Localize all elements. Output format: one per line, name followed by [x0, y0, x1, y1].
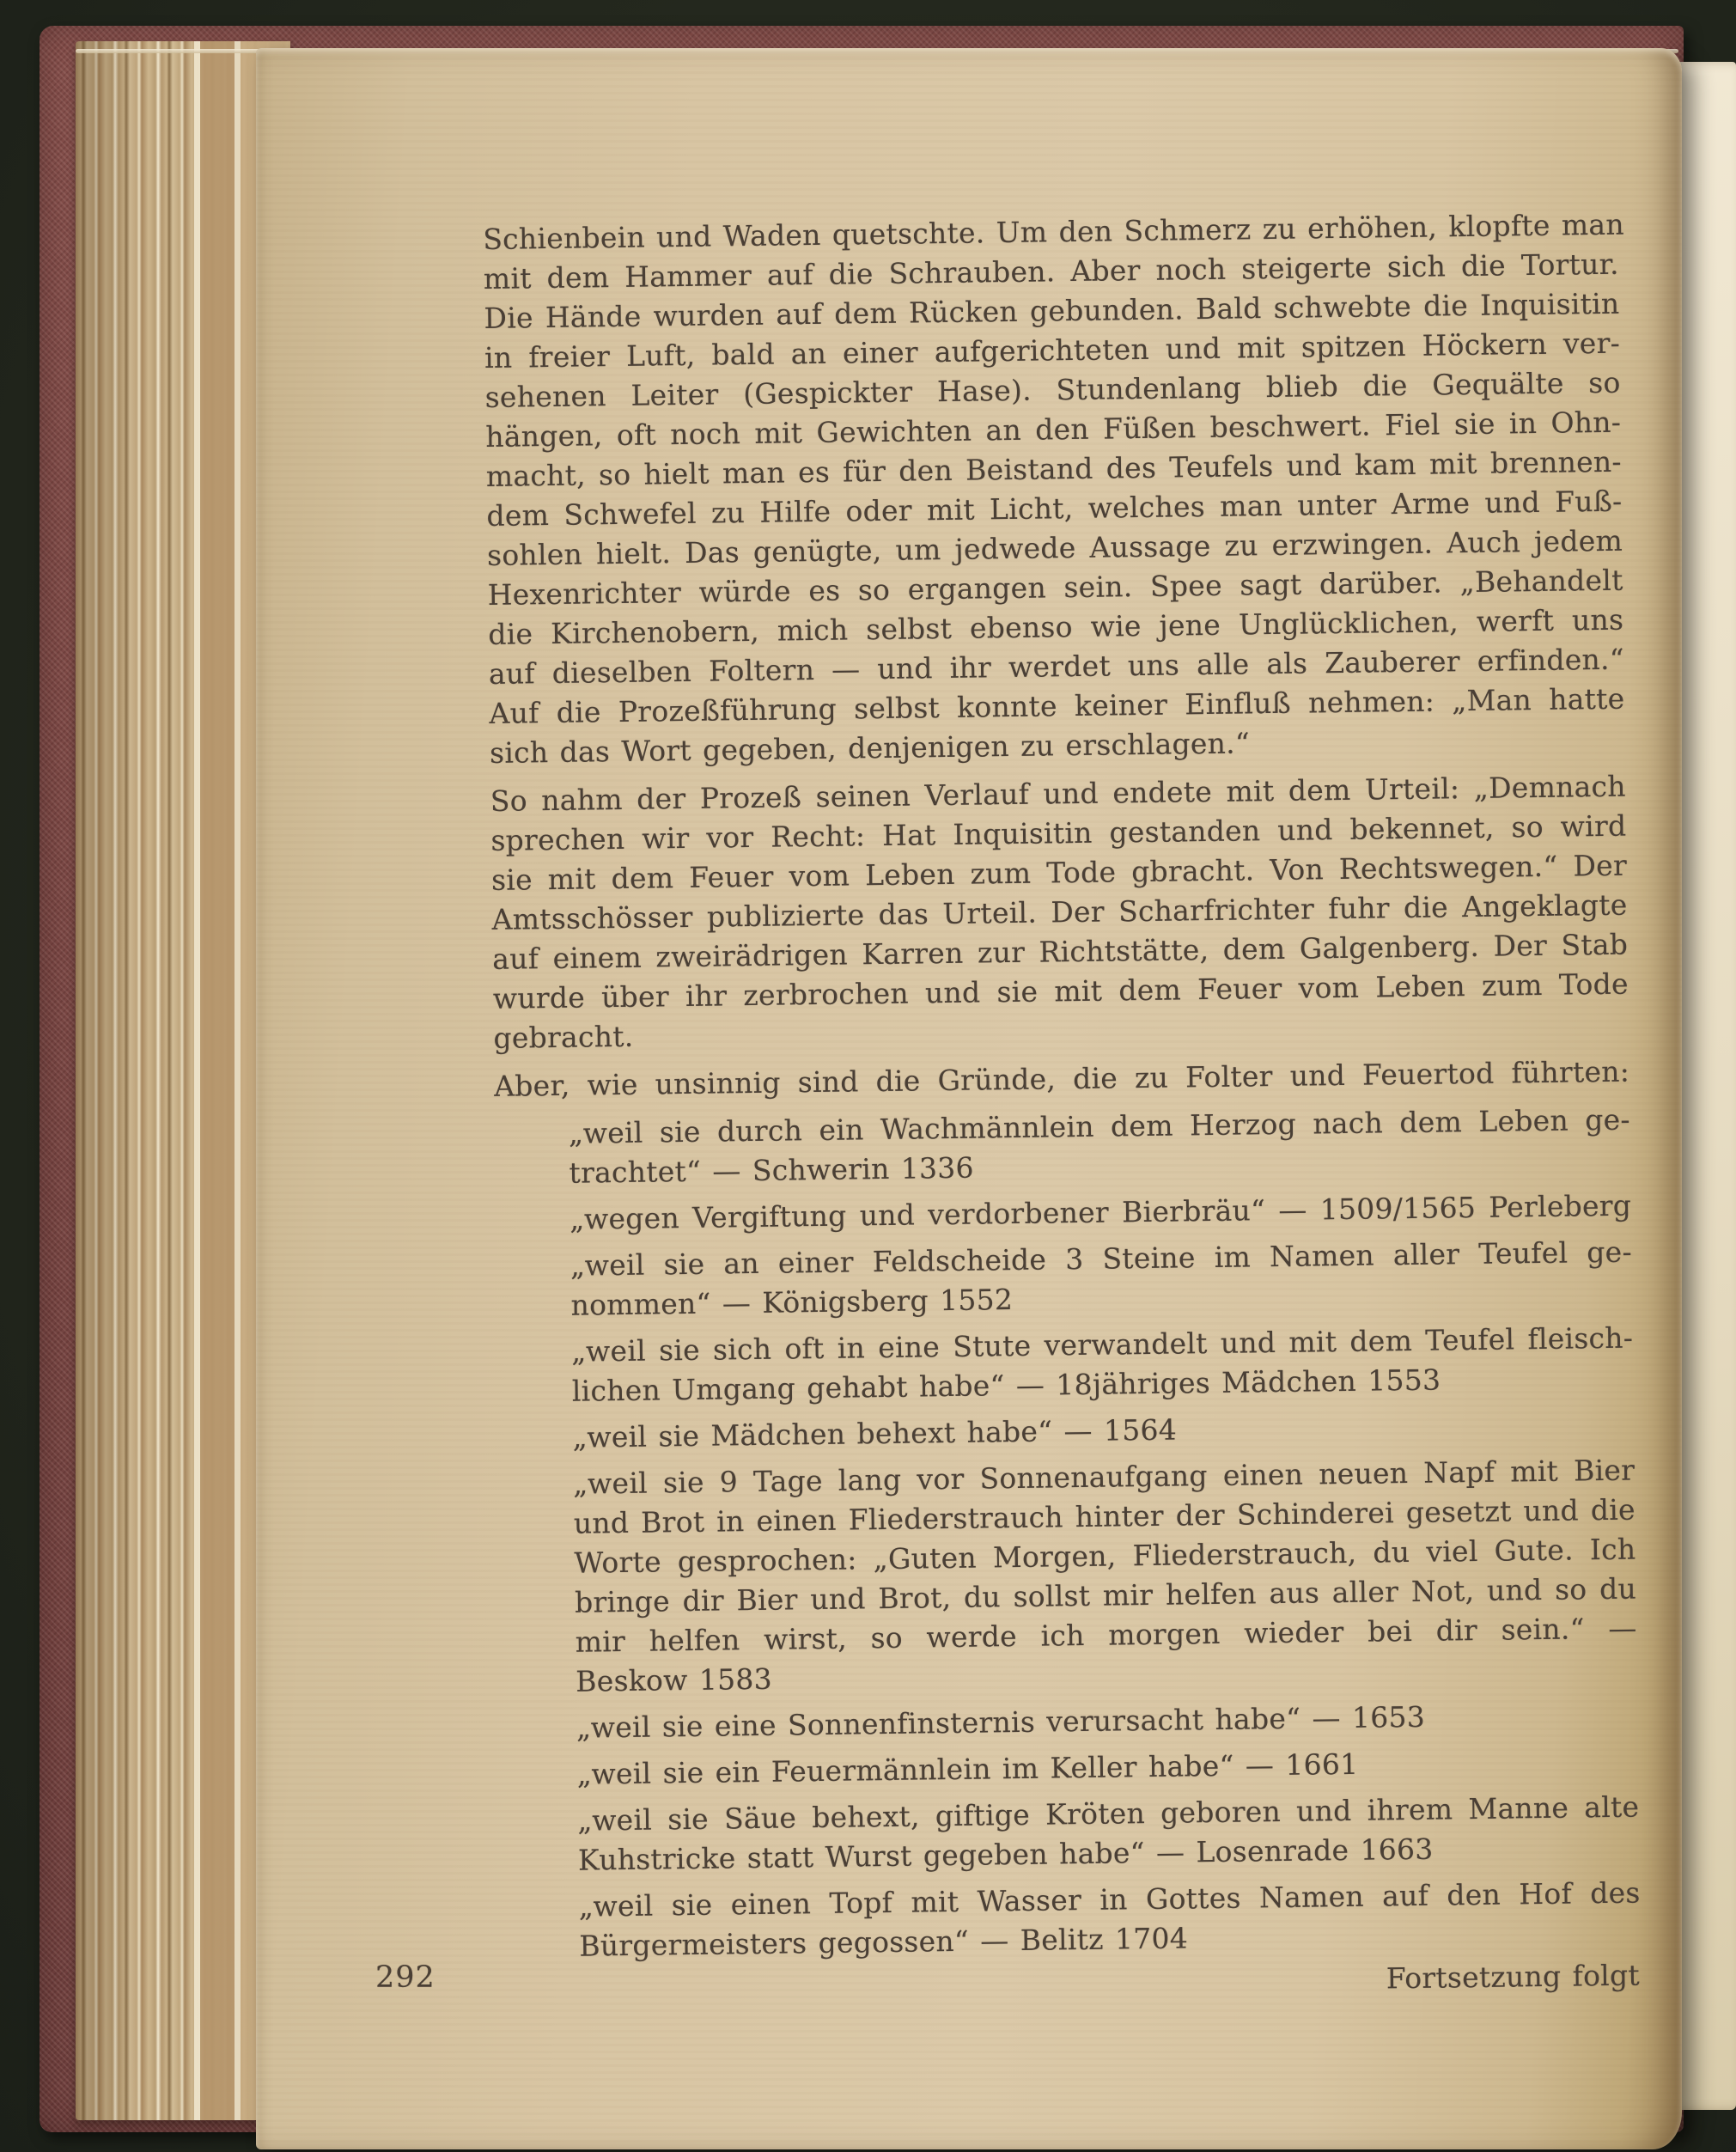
photo-backdrop: Schienbein und Waden quetschte. Um den S… [0, 0, 1736, 2152]
underlying-page-edge [1673, 62, 1736, 2110]
reason-item: „weil sie ein Feuermännlein im Keller ha… [503, 1741, 1638, 1795]
reason-item: „weil sie Säue behext, giftige Kröten ge… [503, 1788, 1640, 1881]
reason-item: „weil sie 9 Tage lang vor Sonnenaufgang … [499, 1451, 1637, 1703]
reason-item: „weil sie einen Topf mit Wasser in Gotte… [504, 1874, 1641, 1967]
reason-item: „weil sie durch ein Wachmännlein dem Her… [495, 1100, 1631, 1194]
page-text: Schienbein und Waden quetschte. Um den S… [483, 205, 1642, 2010]
reason-item: „weil sie an einer Feldscheide 3 Steine … [496, 1233, 1633, 1326]
reason-item: „weil sie sich oft in eine Stute verwand… [497, 1319, 1634, 1412]
reason-item: „wegen Vergiftung und verdorbener Bierbr… [496, 1186, 1631, 1241]
book-page: Schienbein und Waden quetschte. Um den S… [256, 48, 1682, 2149]
text-line: „weil sie ein Feuermännlein im Keller ha… [576, 1741, 1638, 1795]
text-line: „wegen Vergiftung und verdorbener Bierbr… [570, 1186, 1631, 1240]
text-line: „weil sie eine Sonnenfinsternis verursac… [576, 1695, 1638, 1748]
page-number: 292 [375, 1960, 436, 1995]
text-line: „weil sie Mädchen behext habe“ — 1564 [572, 1405, 1634, 1458]
paragraph: Schienbein und Waden quetschte. Um den S… [483, 205, 1625, 773]
paragraph: Aber, wie unsinnig sind die Gründe, die … [494, 1052, 1629, 1106]
reason-item: „weil sie eine Sonnenfinsternis verursac… [503, 1695, 1638, 1749]
text-blocks: Schienbein und Waden quetschte. Um den S… [483, 205, 1642, 1967]
text-line: Aber, wie unsinnig sind die Gründe, die … [494, 1052, 1629, 1106]
reason-item: „weil sie Mädchen behext habe“ — 1564 [498, 1405, 1634, 1459]
paragraph: So nahm der Prozeß seinen Verlauf und en… [490, 767, 1629, 1058]
